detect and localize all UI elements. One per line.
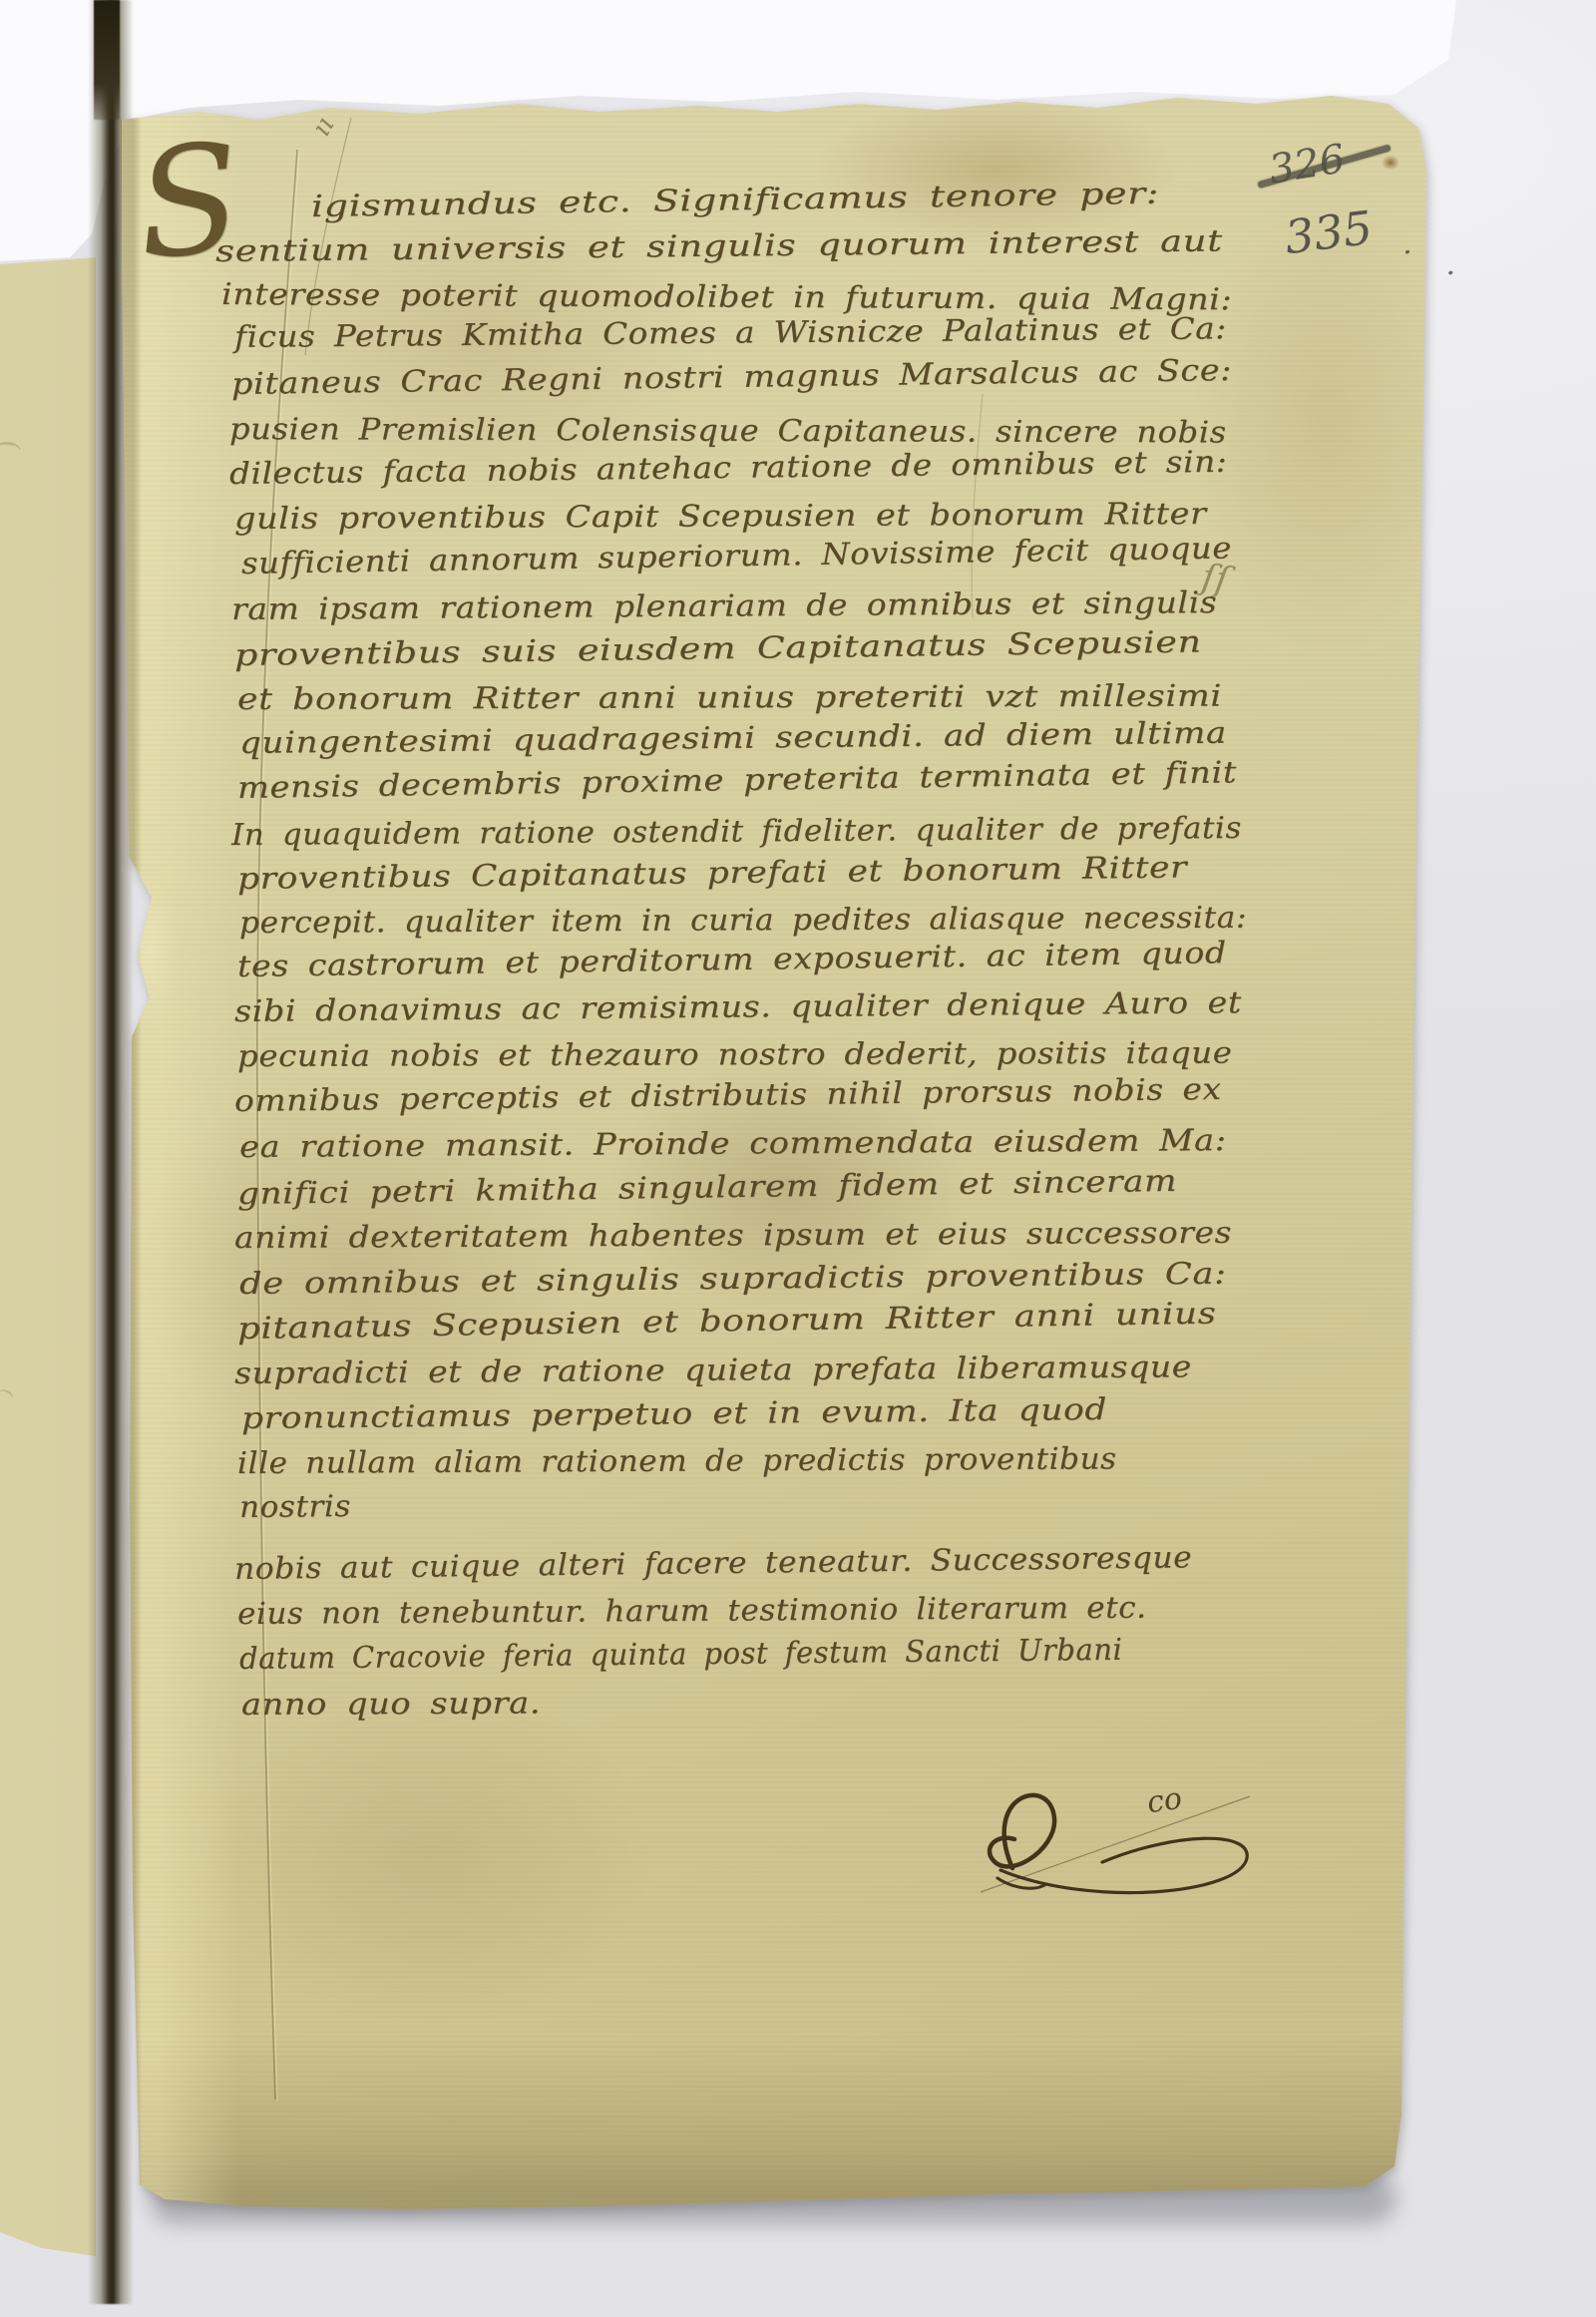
folio-dots: · . — [1398, 234, 1475, 286]
manuscript-line: quingentesimi quadragesimi secundi. ad d… — [239, 716, 1227, 761]
manuscript-line: sentium universis et singulis quorum int… — [215, 223, 1223, 269]
drop-cap-initial: S — [132, 124, 246, 281]
notary-paraph-icon — [943, 1770, 1302, 1940]
manuscript-line: nobis aut cuique alteri facere teneatur.… — [234, 1540, 1193, 1587]
manuscript-line: ille nullam aliam rationem de predictis … — [237, 1441, 1117, 1481]
folio-number-crossed-out: 326 — [1266, 136, 1349, 193]
manuscript-scan: ( ( S ıı igismundus etc. Significamus te… — [0, 0, 1596, 2317]
handwriting-layer: S ıı igismundus etc. Significamus tenore… — [0, 0, 1596, 2317]
manuscript-line: eius non tenebuntur. harum testimonio li… — [237, 1591, 1147, 1632]
folio-number: 335 — [1282, 200, 1376, 264]
manuscript-line: ea ratione mansit. Proinde commendata ei… — [239, 1123, 1227, 1165]
manuscript-line: pronunctiamus perpetuo et in evum. Ita q… — [241, 1392, 1107, 1436]
manuscript-line: gnifici petri kmitha singularem fidem et… — [237, 1164, 1177, 1212]
manuscript-line: sufficienti annorum superiorum. Novissim… — [241, 531, 1232, 581]
manuscript-line: anno quo supra. — [241, 1686, 541, 1723]
manuscript-line: omnibus perceptis et distributis nihil p… — [234, 1072, 1222, 1119]
manuscript-line: ram ipsam rationem plenariam de omnibus … — [231, 585, 1218, 627]
manuscript-line: percepit. qualiter item in curia pedites… — [239, 901, 1247, 941]
manuscript-line: et bonorum Ritter anni unius preteriti v… — [237, 679, 1222, 717]
manuscript-line: sibi donavimus ac remisimus. qualiter de… — [234, 985, 1242, 1029]
manuscript-line: proventibus Capitanatus prefati et bonor… — [237, 850, 1187, 897]
manuscript-line: animi dexteritatem habentes ipsum et eiu… — [234, 1216, 1232, 1256]
manuscript-line: nostris — [239, 1489, 351, 1525]
manuscript-line: dilectus facta nobis antehac ratione de … — [229, 445, 1228, 492]
manuscript-line: pitaneus Crac Regni nostri magnus Marsal… — [231, 353, 1233, 402]
right-margin-mark: ſſ — [1199, 557, 1232, 601]
manuscript-line: proventibus suis eiusdem Capitanatus Sce… — [234, 624, 1202, 673]
pen-trial-mark: ıı — [306, 112, 340, 141]
manuscript-line: igismundus etc. Significamus tenore per: — [311, 177, 1160, 224]
manuscript-line: mensis decembris proxime preterita termi… — [237, 755, 1238, 806]
manuscript-line: datum Cracovie feria quinta post festum … — [239, 1633, 1123, 1677]
manuscript-line: supradicti et de ratione quieta prefata … — [234, 1350, 1192, 1391]
manuscript-line: interesse poterit quomodolibet in futuru… — [221, 277, 1232, 317]
manuscript-line: pecunia nobis et thezauro nostro dederit… — [237, 1036, 1233, 1074]
manuscript-line: pitanatus Scepusien et bonorum Ritter an… — [237, 1297, 1217, 1347]
manuscript-line: de omnibus et singulis supradictis prove… — [239, 1257, 1227, 1302]
manuscript-line: tes castrorum et perditorum exposuerit. … — [237, 936, 1227, 984]
manuscript-line: ficus Petrus Kmitha Comes a Wisnicze Pal… — [234, 311, 1227, 355]
manuscript-line: gulis proventibus Capit Scepusien et bon… — [234, 497, 1207, 537]
manuscript-line: In quaquidem ratione ostendit fideliter.… — [231, 811, 1242, 853]
closing-mark: co — [1145, 1781, 1184, 1821]
manuscript-line: pusien Premislien Colensisque Capitaneus… — [229, 412, 1227, 450]
